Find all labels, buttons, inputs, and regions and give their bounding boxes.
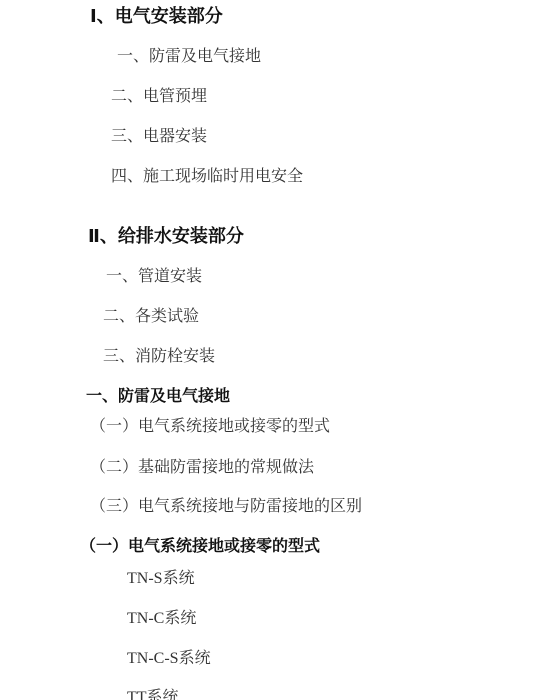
toc-item: 三、消防栓安装	[103, 343, 215, 366]
toc-item: 四、施工现场临时用电安全	[111, 163, 303, 186]
system-code: TN-C-S	[127, 650, 179, 667]
toc-item: 二、电管预埋	[111, 83, 207, 106]
system-code: TT	[127, 689, 147, 700]
system-suffix: 系统	[164, 608, 196, 627]
detail-heading: （一）电气系统接地或接零的型式	[80, 533, 320, 556]
toc-item: 一、管道安装	[106, 263, 202, 286]
system-item: TT系统	[127, 684, 179, 700]
subsection-item: （二）基础防雷接地的常规做法	[90, 454, 314, 477]
system-code: TN-S	[127, 570, 163, 587]
system-suffix: 系统	[179, 648, 211, 667]
system-code: TN-C	[127, 610, 164, 627]
section-heading-electrical: Ⅰ、电气安装部分	[90, 2, 223, 28]
system-item: TN-C系统	[127, 605, 196, 628]
subsection-item: （一）电气系统接地或接零的型式	[90, 413, 330, 436]
subsection-heading: 一、防雷及电气接地	[86, 383, 230, 406]
toc-item: 二、各类试验	[103, 303, 199, 326]
system-item: TN-S系统	[127, 565, 195, 588]
toc-item: 一、防雷及电气接地	[117, 43, 261, 66]
subsection-item: （三）电气系统接地与防雷接地的区别	[90, 493, 362, 516]
system-suffix: 系统	[147, 687, 179, 700]
system-suffix: 系统	[163, 568, 195, 587]
system-item: TN-C-S系统	[127, 645, 211, 668]
section-heading-plumbing: Ⅱ、给排水安装部分	[88, 222, 244, 248]
toc-item: 三、电器安装	[111, 123, 207, 146]
